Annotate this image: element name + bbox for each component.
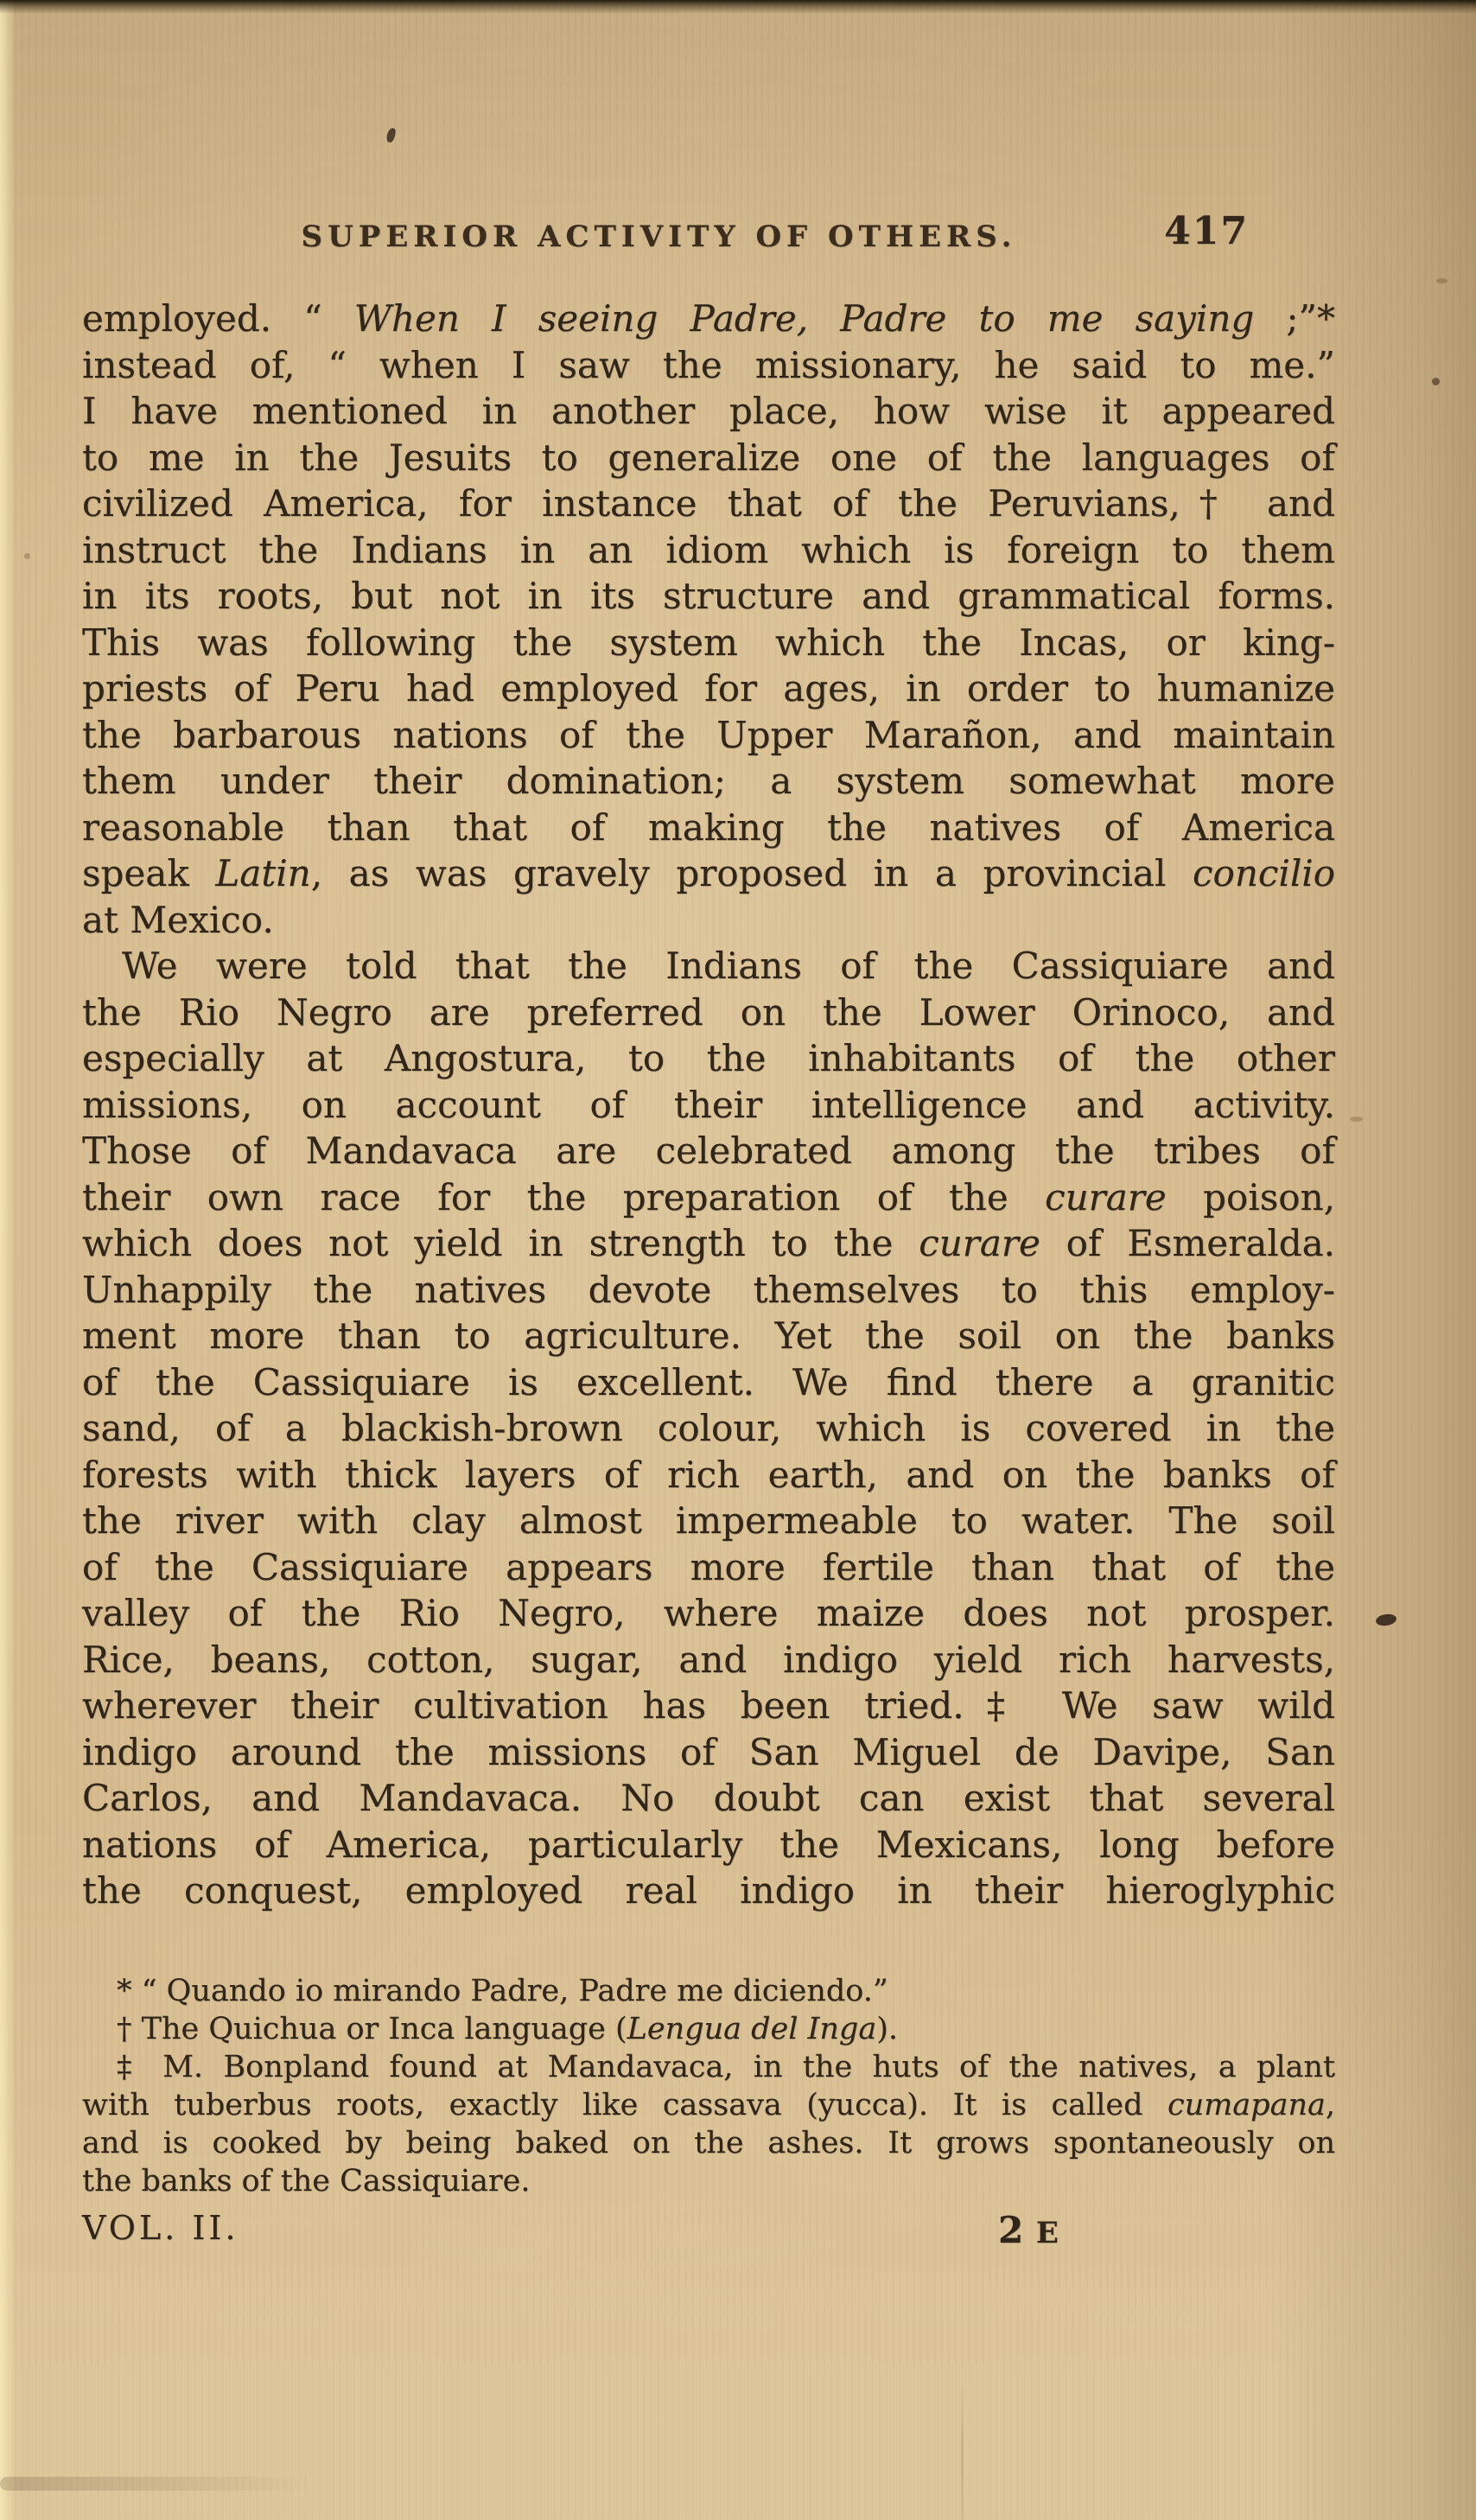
foxing-speck (1436, 278, 1447, 283)
foxing-speck (1432, 378, 1440, 385)
foxing-speck (1350, 1117, 1363, 1122)
running-header-title: SUPERIOR ACTIVITY OF OTHERS. (82, 220, 1236, 254)
ink-mark (385, 127, 397, 143)
body-line: their own race for the preparation of th… (82, 1174, 1335, 1221)
footnote-line: ‡ M. Bonpland found at Mandavaca, in the… (82, 2048, 1335, 2086)
footnote-line: the banks of the Cassiquiare. (82, 2162, 1335, 2200)
body-line: civilized America, for instance that of … (82, 480, 1335, 527)
running-header: SUPERIOR ACTIVITY OF OTHERS. 417 (82, 214, 1335, 263)
page-footer: VOL. II. 2 E (82, 2209, 1335, 2269)
body-line: the conquest, employed real indigo in th… (82, 1868, 1335, 1914)
body-line: missions, on account of their intelligen… (82, 1082, 1335, 1129)
body-line: instead of, “ when I saw the missionary,… (82, 342, 1335, 389)
body-line: This was following the system which the … (82, 620, 1335, 666)
body-line: Unhappily the natives devote themselves … (82, 1267, 1335, 1314)
body-line: which does not yield in strength to the … (82, 1220, 1335, 1267)
body-line: wherever their cultivation has been trie… (82, 1683, 1335, 1729)
footnote-line: † The Quichua or Inca language (Lengua d… (82, 2010, 1335, 2048)
body-line: of the Cassiquiare is excellent. We find… (82, 1359, 1335, 1406)
body-line: forests with thick layers of rich earth,… (82, 1452, 1335, 1499)
body-line: the river with clay almost impermeable t… (82, 1498, 1335, 1544)
body-text: employed. “ When I seeing Padre, Padre t… (82, 296, 1335, 1914)
book-page-scan: SUPERIOR ACTIVITY OF OTHERS. 417 employe… (0, 0, 1476, 2520)
body-line: Rice, beans, cotton, sugar, and indigo y… (82, 1637, 1335, 1683)
body-line: at Mexico. (82, 897, 1335, 944)
footnote-line: with tuberbus roots, exactly like cassav… (82, 2086, 1335, 2124)
signature-number: 2 (998, 2209, 1023, 2251)
body-line: reasonable than that of making the nativ… (82, 805, 1335, 851)
body-line: instruct the Indians in an idiom which i… (82, 527, 1335, 574)
printer-signature: 2 E (998, 2209, 1059, 2251)
body-line: We were told that the Indians of the Cas… (82, 943, 1335, 990)
body-line: nations of America, particularly the Mex… (82, 1822, 1335, 1868)
page-number: 417 (1164, 209, 1249, 253)
body-line: the barbarous nations of the Upper Marañ… (82, 712, 1335, 759)
foxing-speck (24, 553, 30, 559)
body-line: to me in the Jesuits to generalize one o… (82, 435, 1335, 481)
body-line: them under their domination; a system so… (82, 758, 1335, 805)
footnote-line: and is cooked by being baked on the ashe… (82, 2124, 1335, 2162)
body-line: the Rio Negro are preferred on the Lower… (82, 990, 1335, 1036)
paper-crease (961, 2383, 964, 2520)
volume-label: VOL. II. (82, 2209, 239, 2247)
body-line: speak Latin, as was gravely proposed in … (82, 850, 1335, 897)
footnote-line: * “ Quando io mirando Padre, Padre me di… (82, 1972, 1335, 2010)
body-line: priests of Peru had employed for ages, i… (82, 665, 1335, 712)
body-line: ment more than to agriculture. Yet the s… (82, 1313, 1335, 1359)
body-line: Those of Mandavaca are celebrated among … (82, 1128, 1335, 1174)
body-line: employed. “ When I seeing Padre, Padre t… (82, 296, 1335, 342)
body-line: valley of the Rio Negro, where maize doe… (82, 1590, 1335, 1637)
body-line: especially at Angostura, to the inhabita… (82, 1035, 1335, 1082)
signature-letter: E (1036, 2216, 1059, 2250)
ink-blot (1375, 1613, 1397, 1627)
body-line: Carlos, and Mandavaca. No doubt can exis… (82, 1775, 1335, 1822)
body-line: I have mentioned in another place, how w… (82, 388, 1335, 435)
body-line: indigo around the missions of San Miguel… (82, 1729, 1335, 1776)
body-line: sand, of a blackish-brown colour, which … (82, 1405, 1335, 1452)
body-line: in its roots, but not in its structure a… (82, 573, 1335, 620)
scan-smudge (0, 2477, 311, 2491)
body-line: of the Cassiquiare appears more fertile … (82, 1544, 1335, 1591)
footnotes: * “ Quando io mirando Padre, Padre me di… (82, 1972, 1335, 2200)
